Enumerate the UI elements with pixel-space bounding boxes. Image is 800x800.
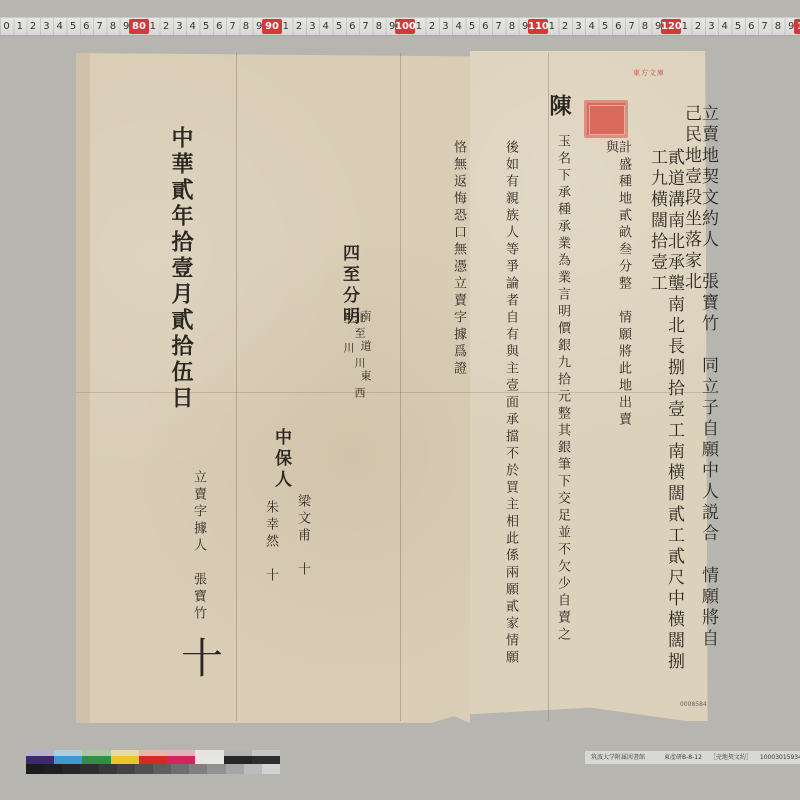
fold-line xyxy=(236,53,237,721)
ruler-number: 6 xyxy=(479,19,492,34)
ruler-number: 8 xyxy=(372,19,385,34)
color-swatch xyxy=(262,764,280,774)
ruler-number: 1 xyxy=(279,19,292,34)
ruler-number: 1 xyxy=(678,19,691,34)
ruler-number: 4 xyxy=(585,19,598,34)
color-swatch xyxy=(80,764,98,774)
ruler-number: 1 xyxy=(545,19,558,34)
ruler-number: 7 xyxy=(359,19,372,34)
ruler-number: 2 xyxy=(160,19,173,34)
color-swatch xyxy=(139,756,167,764)
pencil-inventory-note: 0008584 xyxy=(680,701,707,708)
ruler-number: 2 xyxy=(426,19,439,34)
ruler-number: 2 xyxy=(692,19,705,34)
ruler-number: 6 xyxy=(612,19,625,34)
color-swatch xyxy=(82,756,110,764)
ruler-number: 4 xyxy=(319,19,332,34)
ruler-number: 3 xyxy=(572,19,585,34)
ruler-number: 7 xyxy=(226,19,239,34)
ruler-number: 5 xyxy=(200,19,213,34)
ruler-number: 13 xyxy=(794,19,800,34)
fold-line xyxy=(548,53,549,721)
deed-column-1: 立賣地契文約人 張寶竹 同立子自願中人説合 情願將自己民地壹段坐落家北 xyxy=(682,104,716,664)
ruler-number: 1 xyxy=(412,19,425,34)
ruler-number: 6 xyxy=(80,19,93,34)
ruler-number: 7 xyxy=(492,19,505,34)
color-swatch xyxy=(54,756,82,764)
color-swatch xyxy=(252,756,280,764)
ruler-number: 5 xyxy=(67,19,80,34)
ruler-number: 5 xyxy=(466,19,479,34)
color-swatch xyxy=(26,764,44,774)
color-swatch xyxy=(224,756,252,764)
color-swatch xyxy=(195,756,223,764)
deed-column-7: 恪無返悔恐口無憑立賣字據爲證 xyxy=(452,140,465,380)
call-number: 東產研B-8-12 xyxy=(664,754,702,761)
ruler-number: 7 xyxy=(758,19,771,34)
ruler-number: 6 xyxy=(213,19,226,34)
library-stamp: 東方文庫 xyxy=(633,68,665,78)
deed-column-4: 陳 xyxy=(548,94,570,134)
ruler-number: 2 xyxy=(559,19,572,34)
seller-signature: 立賣字據人 張寶竹 xyxy=(192,470,205,650)
ruler-number: 4 xyxy=(53,19,66,34)
color-swatch xyxy=(26,756,54,764)
deed-column-6: 後如有親族人等爭論者自有與主壹面承擋不於買主相此係兩願貳家情願 xyxy=(504,140,517,680)
ruler-number: 8 xyxy=(771,19,784,34)
ruler-number: 5 xyxy=(732,19,745,34)
deed-column-2: 貳道溝南北承壟南北長捌拾壹工南横闊貳工貳尺中横闊捌工九横闊拾壹工 xyxy=(648,148,682,688)
ruler-number: 2 xyxy=(27,19,40,34)
color-swatch xyxy=(226,764,244,774)
item-id: 10003015934 xyxy=(760,754,800,761)
ruler-number: 3 xyxy=(439,19,452,34)
color-swatch xyxy=(207,764,225,774)
ruler-number: 5 xyxy=(333,19,346,34)
color-swatch xyxy=(44,764,62,774)
red-seal-border xyxy=(589,105,625,135)
color-chart-saturated-row xyxy=(26,756,280,764)
date-column: 中華貳年拾壹月貳拾伍日 xyxy=(170,126,192,446)
deed-column-3: 計盛種地貳畝叁分整 情願將此地出賣與 xyxy=(604,140,630,440)
color-chart-grayscale-row xyxy=(26,764,280,774)
ruler-number: 4 xyxy=(186,19,199,34)
ruler-number: 3 xyxy=(306,19,319,34)
guarantor-1: 梁文甫 十 xyxy=(296,494,309,594)
ruler-number: 4 xyxy=(452,19,465,34)
ruler-number: 3 xyxy=(40,19,53,34)
color-swatch xyxy=(111,756,139,764)
ruler-number: 0 xyxy=(0,19,13,34)
ruler-number: 5 xyxy=(599,19,612,34)
ruler-number: 6 xyxy=(745,19,758,34)
color-swatch xyxy=(62,764,80,774)
document-paper-left xyxy=(76,53,470,723)
ruler-number: 8 xyxy=(239,19,252,34)
seller-mark: 十 xyxy=(178,636,220,696)
fold-line xyxy=(400,53,401,721)
color-swatch xyxy=(167,756,195,764)
color-swatch xyxy=(153,764,171,774)
library-name: 筑波大学附属図書館 xyxy=(591,754,645,761)
color-swatch xyxy=(99,764,117,774)
color-calibration-chart xyxy=(26,750,280,774)
ruler-number: 8 xyxy=(505,19,518,34)
ruler-number: 3 xyxy=(705,19,718,34)
ruler-number: 8 xyxy=(106,19,119,34)
color-swatch xyxy=(171,764,189,774)
ruler-number: 6 xyxy=(346,19,359,34)
ruler-number: 7 xyxy=(93,19,106,34)
catalog-label: 東產研B-8-12［売地契文約］10003015934 xyxy=(658,751,800,764)
ruler-number: 3 xyxy=(173,19,186,34)
color-swatch xyxy=(244,764,262,774)
ruler-number: 4 xyxy=(718,19,731,34)
document-paper-edge xyxy=(76,53,90,723)
deed-column-5: 玉名下承種承業為業言明價銀九拾元整其銀筆下交足並不欠少自賣之 xyxy=(556,134,569,694)
color-swatch xyxy=(189,764,207,774)
ruler-number: 8 xyxy=(638,19,651,34)
library-label: 筑波大学附属図書館 xyxy=(585,751,668,764)
color-swatch xyxy=(135,764,153,774)
ruler-number: 7 xyxy=(625,19,638,34)
boundaries-north-west: 北至 川 西至 川 xyxy=(343,312,365,412)
guarantor-2: 朱幸然 十 xyxy=(264,500,277,600)
color-swatch xyxy=(117,764,135,774)
ruler-number: 1 xyxy=(13,19,26,34)
document-title: ［売地契文約］ xyxy=(710,754,752,761)
ruler-number: 2 xyxy=(293,19,306,34)
measuring-ruler: 0123456789801234567899012345678910012345… xyxy=(0,17,800,36)
ruler-number: 1 xyxy=(146,19,159,34)
